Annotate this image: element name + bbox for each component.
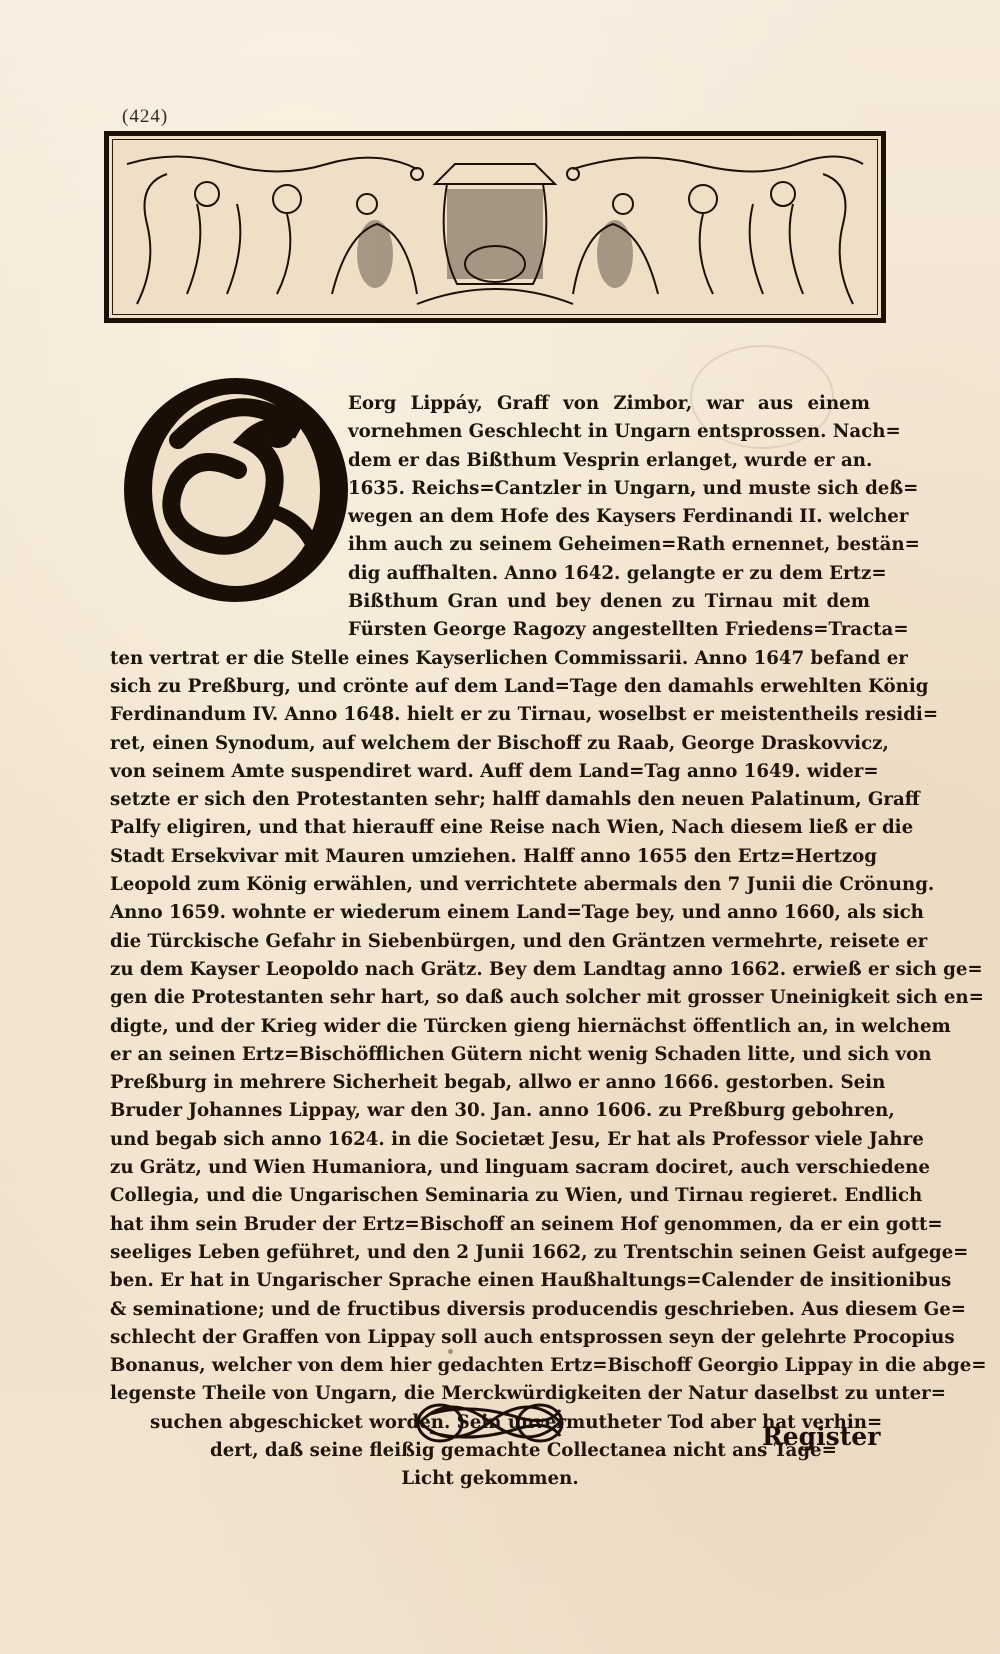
text-line: vornehmen Geschlecht in Ungarn entspross… xyxy=(348,418,870,446)
text-line: Preßburg in mehrere Sicherheit begab, al… xyxy=(110,1069,870,1097)
text-line: Collegia, und die Ungarischen Seminaria … xyxy=(110,1182,870,1210)
text-line: hat ihm sein Bruder der Ertz=Bischoff an… xyxy=(110,1211,870,1239)
text-line: Bruder Johannes Lippay, war den 30. Jan.… xyxy=(110,1097,870,1125)
text-line: ten vertrat er die Stelle eines Kayserli… xyxy=(110,645,870,673)
text-line: er an seinen Ertz=Bischöfflichen Gütern … xyxy=(110,1041,870,1069)
foxing-spot xyxy=(448,1349,453,1354)
text-line: Leopold zum König erwählen, und verricht… xyxy=(110,871,870,899)
text-line: gen die Protestanten sehr hart, so daß a… xyxy=(110,984,870,1012)
body-text: Eorg Lippáy, Graff von Zimbor, war aus e… xyxy=(110,390,870,1494)
woodcut-headpiece xyxy=(104,131,886,323)
text-line: Ferdinandum IV. Anno 1648. hielt er zu T… xyxy=(110,701,870,729)
text-line: ben. Er hat in Ungarischer Sprache einen… xyxy=(110,1267,870,1295)
text-line: sich zu Preßburg, und crönte auf dem Lan… xyxy=(110,673,870,701)
foxing-spot xyxy=(405,1368,408,1371)
flourish-tailpiece-icon xyxy=(410,1392,570,1454)
text-line: und begab sich anno 1624. in die Societæ… xyxy=(110,1126,870,1154)
text-line: Stadt Ersekvivar mit Mauren umziehen. Ha… xyxy=(110,843,870,871)
text-line: zu dem Kayser Leopoldo nach Grätz. Bey d… xyxy=(110,956,870,984)
text-line: zu Grätz, und Wien Humaniora, und lingua… xyxy=(110,1154,870,1182)
ornament-headpiece-icon xyxy=(117,144,873,310)
indented-lines: Eorg Lippáy, Graff von Zimbor, war aus e… xyxy=(348,390,870,645)
text-line: & seminatione; und de fructibus diversis… xyxy=(110,1296,870,1324)
text-line: schlecht der Graffen von Lippay soll auc… xyxy=(110,1324,870,1352)
text-line: die Türckische Gefahr in Siebenbürgen, u… xyxy=(110,928,870,956)
text-line: Fürsten George Ragozy angestellten Fried… xyxy=(348,616,870,644)
text-line: Eorg Lippáy, Graff von Zimbor, war aus e… xyxy=(348,390,870,418)
text-line: 1635. Reichs=Cantzler in Ungarn, und mus… xyxy=(348,475,870,503)
foxing-spot xyxy=(756,1361,762,1367)
text-line: Palfy eligiren, und that hierauff eine R… xyxy=(110,814,870,842)
text-line: setzte er sich den Protestanten sehr; ha… xyxy=(110,786,870,814)
text-line: seeliges Leben geführet, und den 2 Junii… xyxy=(110,1239,870,1267)
text-line: ret, einen Synodum, auf welchem der Bisc… xyxy=(110,730,870,758)
text-line: wegen an dem Hofe des Kaysers Ferdinandi… xyxy=(348,503,870,531)
text-line: Licht gekommen. xyxy=(110,1465,870,1493)
text-line: von seinem Amte suspendiret ward. Auff d… xyxy=(110,758,870,786)
text-line: digte, und der Krieg wider die Türcken g… xyxy=(110,1013,870,1041)
page-number: (424) xyxy=(122,106,168,128)
text-line: dem er das Bißthum Vesprin erlanget, wur… xyxy=(348,447,870,475)
catchword: Register xyxy=(762,1422,880,1451)
text-line: Anno 1659. wohnte er wiederum einem Land… xyxy=(110,899,870,927)
text-line: dig auffhalten. Anno 1642. gelangte er z… xyxy=(348,560,870,588)
text-line: ihm auch zu seinem Geheimen=Rath ernenne… xyxy=(348,531,870,559)
text-line: Bißthum Gran und bey denen zu Tirnau mit… xyxy=(348,588,870,616)
